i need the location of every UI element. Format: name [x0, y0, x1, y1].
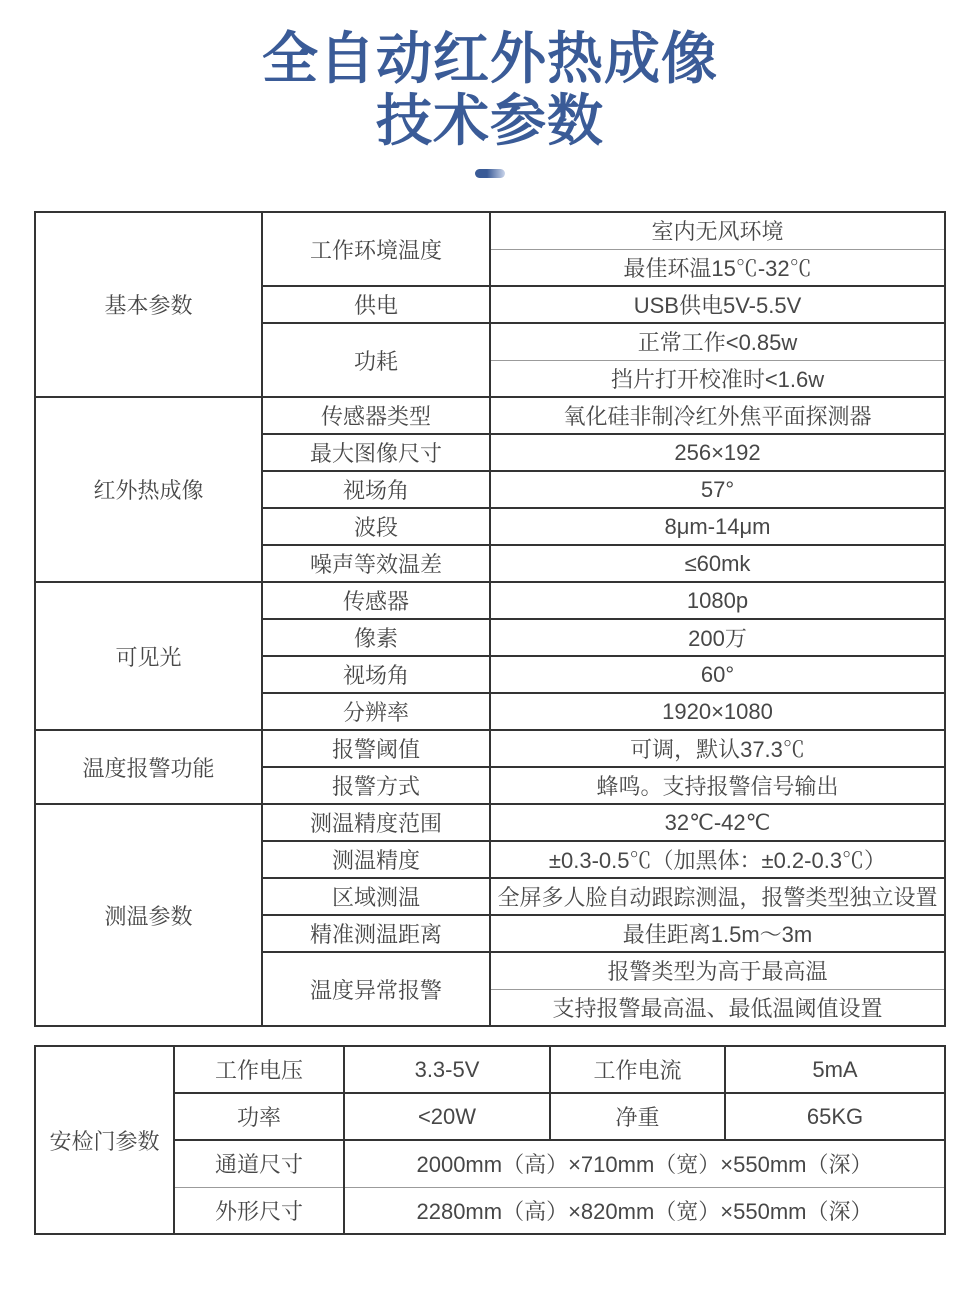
value-cell: 256×192	[490, 434, 945, 471]
title-accent-dash	[475, 169, 505, 178]
spec-row: 红外热成像传感器类型氧化硅非制冷红外焦平面探测器	[35, 397, 945, 434]
spec-row: 温度报警功能报警阈值可调，默认37.3℃	[35, 730, 945, 767]
label-cell: 工作环境温度	[262, 212, 490, 286]
security-door-spec-table: 安检门参数工作电压3.3-5V工作电流5mA功率<20W净重65KG通道尺寸20…	[34, 1045, 946, 1235]
value-cell: 支持报警最高温、最低温阈值设置	[490, 989, 945, 1026]
label-cell: 像素	[262, 619, 490, 656]
main-spec-table-body: 基本参数工作环境温度室内无风环境最佳环温15℃-32℃供电USB供电5V-5.5…	[35, 212, 945, 1026]
value-cell: 最佳距离1.5m～3m	[490, 915, 945, 952]
label-cell: 测温精度范围	[262, 804, 490, 841]
value-cell: 57°	[490, 471, 945, 508]
label-cell: 报警方式	[262, 767, 490, 804]
category-cell: 红外热成像	[35, 397, 262, 582]
category-cell: 可见光	[35, 582, 262, 730]
label-cell: 功耗	[262, 323, 490, 397]
category-cell: 基本参数	[35, 212, 262, 397]
value-cell: 2280mm（高）×820mm（宽）×550mm（深）	[344, 1187, 945, 1234]
category-cell: 安检门参数	[35, 1046, 174, 1234]
spec-row: 可见光传感器1080p	[35, 582, 945, 619]
value-cell: 32℃-42℃	[490, 804, 945, 841]
label-cell: 传感器类型	[262, 397, 490, 434]
value-cell: ±0.3-0.5℃（加黑体：±0.2-0.3℃）	[490, 841, 945, 878]
value-cell: 报警类型为高于最高温	[490, 952, 945, 989]
label-cell: 工作电流	[550, 1046, 725, 1093]
label-cell: 净重	[550, 1093, 725, 1140]
value-cell: 正常工作<0.85w	[490, 323, 945, 360]
label-cell: 视场角	[262, 471, 490, 508]
label-cell: 温度异常报警	[262, 952, 490, 1026]
value-cell: 室内无风环境	[490, 212, 945, 249]
label-cell: 测温精度	[262, 841, 490, 878]
security-door-table-body: 安检门参数工作电压3.3-5V工作电流5mA功率<20W净重65KG通道尺寸20…	[35, 1046, 945, 1234]
label-cell: 通道尺寸	[174, 1140, 344, 1187]
value-cell: 蜂鸣。支持报警信号输出	[490, 767, 945, 804]
value-cell: 200万	[490, 619, 945, 656]
value-cell: 8μm-14μm	[490, 508, 945, 545]
value-cell: <20W	[344, 1093, 550, 1140]
label-cell: 区域测温	[262, 878, 490, 915]
main-spec-table: 基本参数工作环境温度室内无风环境最佳环温15℃-32℃供电USB供电5V-5.5…	[34, 211, 946, 1027]
value-cell: ≤60mk	[490, 545, 945, 582]
value-cell: USB供电5V-5.5V	[490, 286, 945, 323]
label-cell: 传感器	[262, 582, 490, 619]
door-spec-row: 安检门参数工作电压3.3-5V工作电流5mA	[35, 1046, 945, 1093]
label-cell: 外形尺寸	[174, 1187, 344, 1234]
label-cell: 精准测温距离	[262, 915, 490, 952]
value-cell: 挡片打开校准时<1.6w	[490, 360, 945, 397]
spec-page: 全自动红外热成像 技术参数 基本参数工作环境温度室内无风环境最佳环温15℃-32…	[0, 0, 980, 1304]
label-cell: 视场角	[262, 656, 490, 693]
label-cell: 波段	[262, 508, 490, 545]
label-cell: 报警阈值	[262, 730, 490, 767]
value-cell: 氧化硅非制冷红外焦平面探测器	[490, 397, 945, 434]
page-title-line2: 技术参数	[0, 90, 980, 152]
spec-row: 测温参数测温精度范围32℃-42℃	[35, 804, 945, 841]
label-cell: 功率	[174, 1093, 344, 1140]
category-cell: 温度报警功能	[35, 730, 262, 804]
label-cell: 工作电压	[174, 1046, 344, 1093]
value-cell: 60°	[490, 656, 945, 693]
page-title-line1: 全自动红外热成像	[0, 28, 980, 90]
value-cell: 全屏多人脸自动跟踪测温，报警类型独立设置	[490, 878, 945, 915]
value-cell: 2000mm（高）×710mm（宽）×550mm（深）	[344, 1140, 945, 1187]
label-cell: 最大图像尺寸	[262, 434, 490, 471]
value-cell: 可调，默认37.3℃	[490, 730, 945, 767]
category-cell: 测温参数	[35, 804, 262, 1026]
value-cell: 1080p	[490, 582, 945, 619]
label-cell: 分辨率	[262, 693, 490, 730]
value-cell: 5mA	[725, 1046, 945, 1093]
value-cell: 65KG	[725, 1093, 945, 1140]
value-cell: 最佳环温15℃-32℃	[490, 249, 945, 286]
value-cell: 1920×1080	[490, 693, 945, 730]
page-title: 全自动红外热成像 技术参数	[0, 28, 980, 152]
label-cell: 噪声等效温差	[262, 545, 490, 582]
label-cell: 供电	[262, 286, 490, 323]
spec-row: 基本参数工作环境温度室内无风环境	[35, 212, 945, 249]
value-cell: 3.3-5V	[344, 1046, 550, 1093]
